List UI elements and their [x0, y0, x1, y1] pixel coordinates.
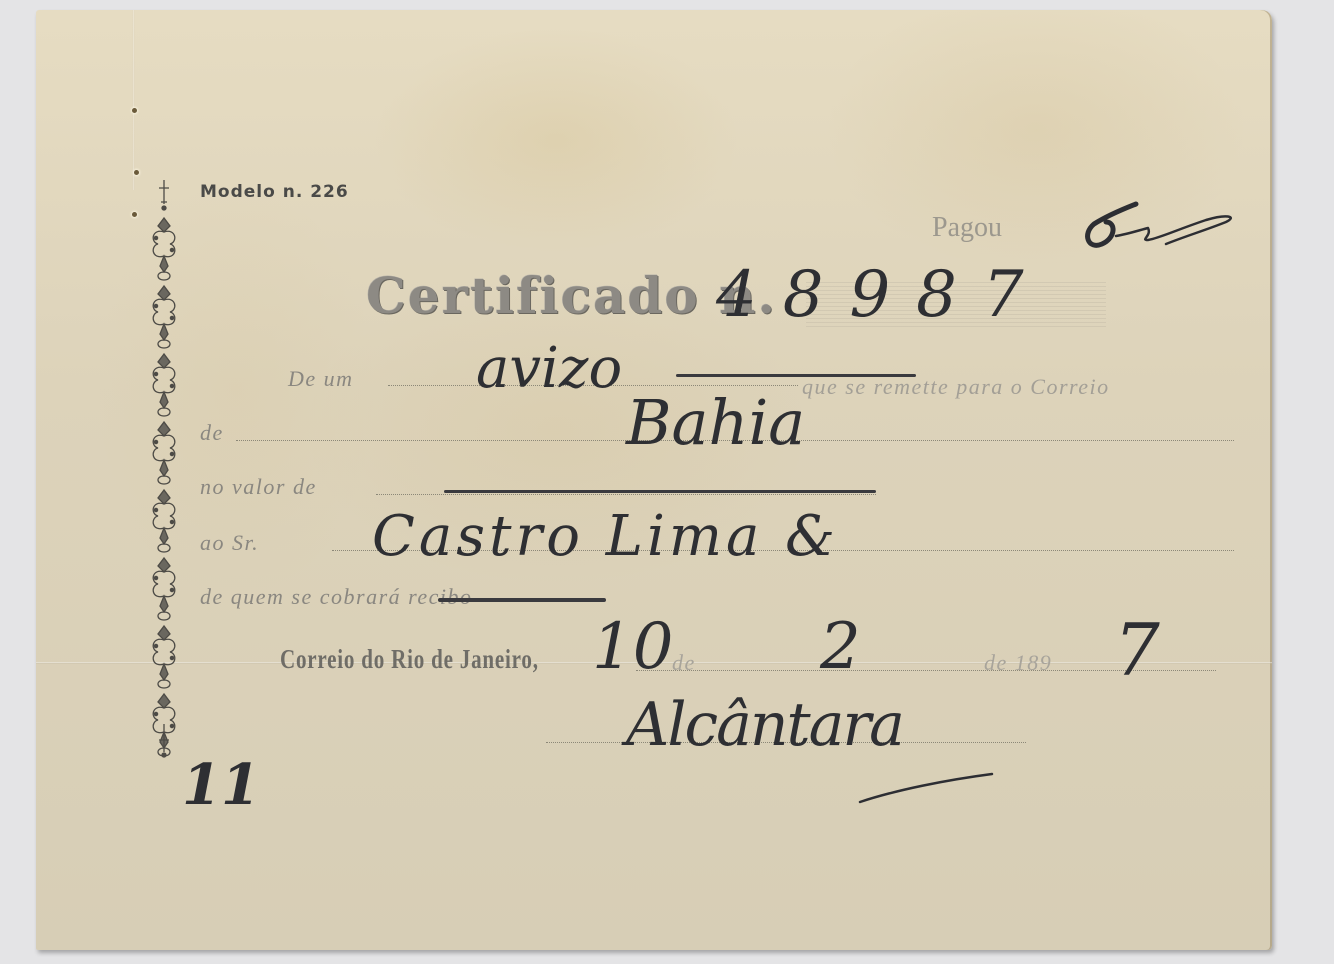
certificate-number-handwritten: 48987 — [716, 258, 1050, 332]
date-year-suffix-handwritten: 7 — [1114, 608, 1160, 692]
pinhole — [132, 212, 137, 217]
field-suffix-remette: que se remette para o Correio — [802, 374, 1110, 400]
field-label-ao-sr: ao Sr. — [200, 530, 259, 556]
field-value-de-um: avizo — [476, 336, 622, 401]
signature-flourish — [856, 770, 996, 810]
field-label-cobrara: de quem se cobrará recibo — [200, 584, 473, 610]
place-label: Correio do Rio de Janeiro, — [280, 644, 539, 675]
model-number-label: Modelo n. 226 — [200, 182, 349, 202]
field-value-destination: Bahia — [626, 386, 805, 459]
date-de-label: de — [672, 650, 696, 676]
pinhole — [134, 170, 139, 175]
ornamental-border-icon — [144, 180, 184, 760]
paid-label: Pagou — [932, 212, 1002, 244]
date-day-handwritten: 10 — [592, 610, 673, 684]
paid-amount-handwritten — [1076, 200, 1246, 260]
date-year-prefix: de 189 — [984, 650, 1052, 676]
date-month-handwritten: 2 — [820, 610, 861, 684]
value-dash-strike — [444, 490, 876, 493]
field-line-valor — [376, 494, 876, 495]
field-label-valor: no valor de — [200, 474, 317, 500]
paper-crease — [132, 10, 135, 190]
field-label-de-um: De um — [288, 366, 354, 392]
signature-handwritten: Alcântara — [626, 690, 903, 760]
margin-note-handwritten: 11 — [182, 752, 260, 818]
certificate-paper: Modelo n. 226 Pagou Certificado n. 48987… — [36, 10, 1272, 950]
pinhole — [132, 108, 137, 113]
field-label-de: de — [200, 420, 224, 446]
field-value-recipient: Castro Lima & — [372, 504, 839, 569]
strikethrough-recibo — [438, 598, 606, 602]
